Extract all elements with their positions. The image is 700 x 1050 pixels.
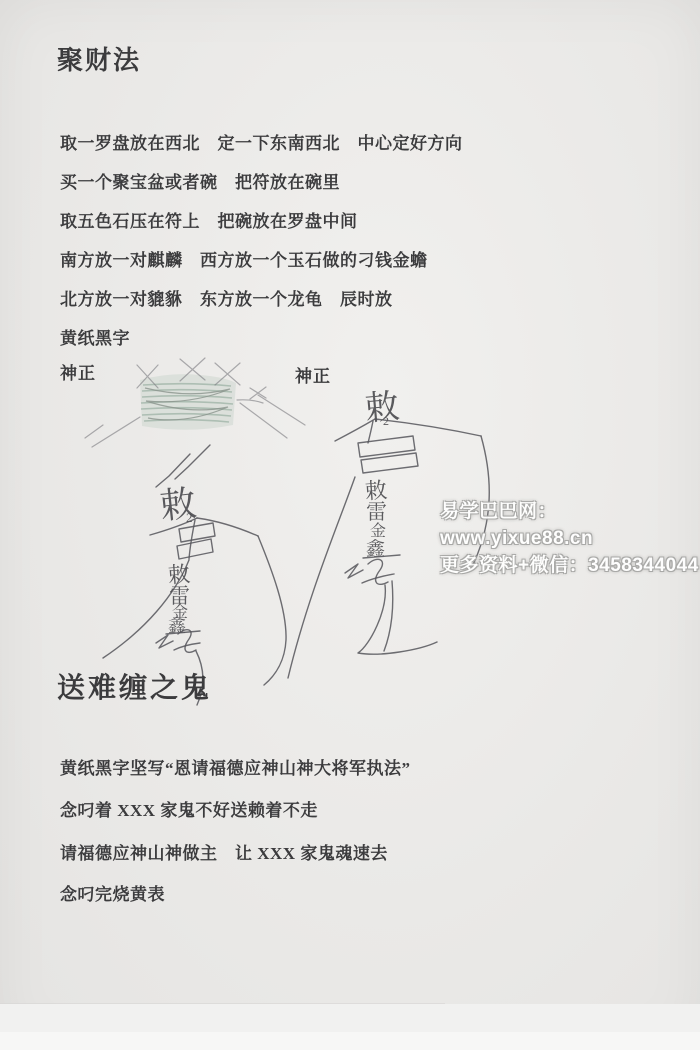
talisman-column-char: 金	[370, 522, 386, 540]
watermark-site: 易学巴巴网：www.yixue88.cn	[440, 498, 700, 552]
section2-title: 送难缠之鬼	[57, 666, 212, 706]
body-line: 黄纸黑字	[60, 324, 130, 349]
body-line: 北方放一对貔貅 东方放一个龙龟 辰时放	[60, 285, 393, 310]
body-line: 买一个聚宝盆或者碗 把符放在碗里	[60, 168, 340, 193]
crossed-out-scribble-icon	[85, 358, 305, 447]
scan-edge-strip	[0, 1032, 700, 1050]
body-line: 南方放一对麒麟 西方放一个玉石做的刁钱金蟾	[60, 246, 428, 271]
talisman-column-char: 雷	[366, 500, 387, 524]
body-line: 念叼完烧黄表	[60, 880, 165, 905]
body-line: 黄纸黑字坚写“恩请福德应神山神大将军执法”	[60, 754, 411, 779]
watermark: 易学巴巴网：www.yixue88.cn 更多资料+微信：3458344044	[440, 498, 700, 579]
scanned-document-page: 聚财法 取一罗盘放在西北 定一下东南西北 中心定好方向 买一个聚宝盆或者碗 把符…	[0, 0, 700, 1050]
scan-edge-strip	[0, 1004, 700, 1032]
section1-title: 聚财法	[57, 40, 141, 77]
body-line: 取五色石压在符上 把碗放在罗盘中间	[60, 207, 358, 232]
watermark-contact: 更多资料+微信：3458344044	[440, 552, 700, 579]
body-line: 念叼着 XXX 家鬼不好送赖着不走	[60, 796, 318, 821]
talisman-drawings: 敕 2 敕 雷 金 鑫 敕 2	[40, 355, 500, 715]
body-line: 取一罗盘放在西北 定一下东南西北 中心定好方向	[60, 129, 463, 154]
body-line: 请福德应神山神做主 让 XXX 家鬼魂速去	[60, 839, 388, 864]
